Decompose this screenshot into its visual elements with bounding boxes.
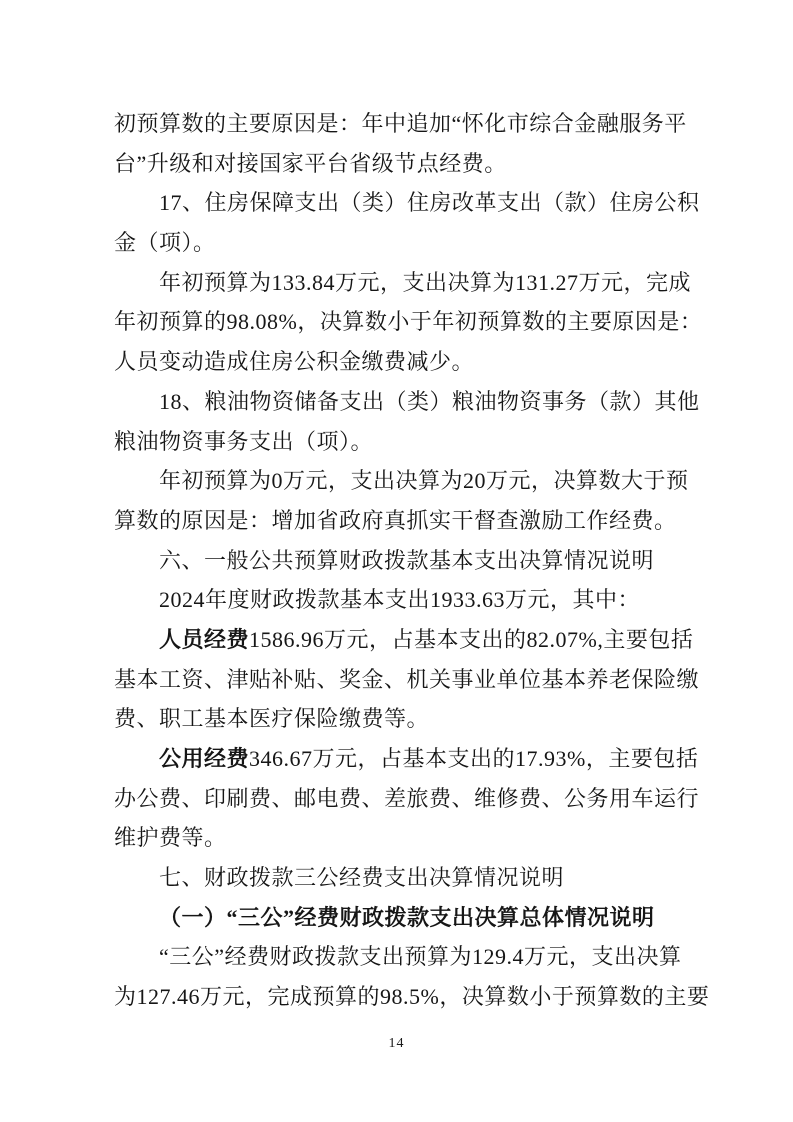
line-text: 年初预算的98.08%，决算数小于年初预算数的主要原因是：: [114, 309, 702, 334]
line-text: 金（项）。: [114, 230, 216, 255]
document-line: 17、住房保障支出（类）住房改革支出（款）住房公积: [114, 183, 688, 223]
line-text: 基本工资、津贴补贴、奖金、机关事业单位基本养老保险缴: [114, 667, 699, 692]
document-line: 人员变动造成住房公积金缴费减少。: [114, 342, 688, 382]
line-text: 1586.96万元，占基本支出的82.07%,主要包括: [249, 627, 693, 652]
document-line: 基本工资、津贴补贴、奖金、机关事业单位基本养老保险缴: [114, 660, 688, 700]
line-text: 初预算数的主要原因是：年中追加“怀化市综合金融服务平: [114, 111, 687, 136]
document-line: 粮油物资事务支出（项）。: [114, 422, 688, 462]
document-line: 为127.46万元，完成预算的98.5%，决算数小于预算数的主要: [114, 977, 688, 1017]
document-line: 费、职工基本医疗保险缴费等。: [114, 699, 688, 739]
document-line: 六、一般公共预算财政拨款基本支出决算情况说明: [114, 541, 688, 581]
line-text: 台”升级和对接国家平台省级节点经费。: [114, 151, 507, 176]
document-line: 18、粮油物资储备支出（类）粮油物资事务（款）其他: [114, 382, 688, 422]
line-text: 办公费、印刷费、邮电费、差旅费、维修费、公务用车运行: [114, 786, 699, 811]
document-line: 维护费等。: [114, 818, 688, 858]
line-text: 费、职工基本医疗保险缴费等。: [114, 706, 429, 731]
document-line: 人员经费1586.96万元，占基本支出的82.07%,主要包括: [114, 620, 688, 660]
document-line: 算数的原因是：增加省政府真抓实干督查激励工作经费。: [114, 501, 688, 541]
line-bold-text: （一）“三公”经费财政拨款支出决算总体情况说明: [159, 905, 655, 930]
line-bold-text: 公用经费: [159, 746, 249, 771]
document-line: 年初预算为133.84万元，支出决算为131.27万元，完成: [114, 263, 688, 303]
document-line: 办公费、印刷费、邮电费、差旅费、维修费、公务用车运行: [114, 779, 688, 819]
line-text: 为127.46万元，完成预算的98.5%，决算数小于预算数的主要: [114, 984, 709, 1009]
document-page: 初预算数的主要原因是：年中追加“怀化市综合金融服务平 台”升级和对接国家平台省级…: [0, 0, 793, 1122]
line-text: 粮油物资事务支出（项）。: [114, 429, 373, 454]
document-line: 初预算数的主要原因是：年中追加“怀化市综合金融服务平: [114, 104, 688, 144]
document-line: 2024年度财政拨款基本支出1933.63万元，其中：: [114, 580, 688, 620]
line-text: 2024年度财政拨款基本支出1933.63万元，其中：: [159, 587, 640, 612]
line-text: 346.67万元，占基本支出的17.93%，主要包括: [249, 746, 698, 771]
document-body: 初预算数的主要原因是：年中追加“怀化市综合金融服务平 台”升级和对接国家平台省级…: [114, 104, 688, 1017]
line-text: 六、一般公共预算财政拨款基本支出决算情况说明: [159, 548, 654, 573]
line-text: 17、住房保障支出（类）住房改革支出（款）住房公积: [159, 190, 700, 215]
line-bold-text: 人员经费: [159, 627, 249, 652]
line-text: 算数的原因是：增加省政府真抓实干督查激励工作经费。: [114, 508, 677, 533]
line-text: 年初预算为0万元，支出决算为20万元，决算数大于预: [159, 468, 689, 493]
document-line: 年初预算为0万元，支出决算为20万元，决算数大于预: [114, 461, 688, 501]
line-text: 七、财政拨款三公经费支出决算情况说明: [159, 865, 564, 890]
document-line: 七、财政拨款三公经费支出决算情况说明: [114, 858, 688, 898]
document-line: “三公”经费财政拨款支出预算为129.4万元，支出决算: [114, 937, 688, 977]
document-line: 金（项）。: [114, 223, 688, 263]
line-text: 18、粮油物资储备支出（类）粮油物资事务（款）其他: [159, 389, 700, 414]
document-line: 台”升级和对接国家平台省级节点经费。: [114, 144, 688, 184]
document-line: （一）“三公”经费财政拨款支出决算总体情况说明: [114, 898, 688, 938]
document-line: 公用经费346.67万元，占基本支出的17.93%，主要包括: [114, 739, 688, 779]
line-text: 人员变动造成住房公积金缴费减少。: [114, 349, 474, 374]
line-text: 维护费等。: [114, 825, 227, 850]
page-number: 14: [0, 1036, 793, 1052]
line-text: 年初预算为133.84万元，支出决算为131.27万元，完成: [159, 270, 691, 295]
document-line: 年初预算的98.08%，决算数小于年初预算数的主要原因是：: [114, 302, 688, 342]
line-text: “三公”经费财政拨款支出预算为129.4万元，支出决算: [159, 944, 682, 969]
